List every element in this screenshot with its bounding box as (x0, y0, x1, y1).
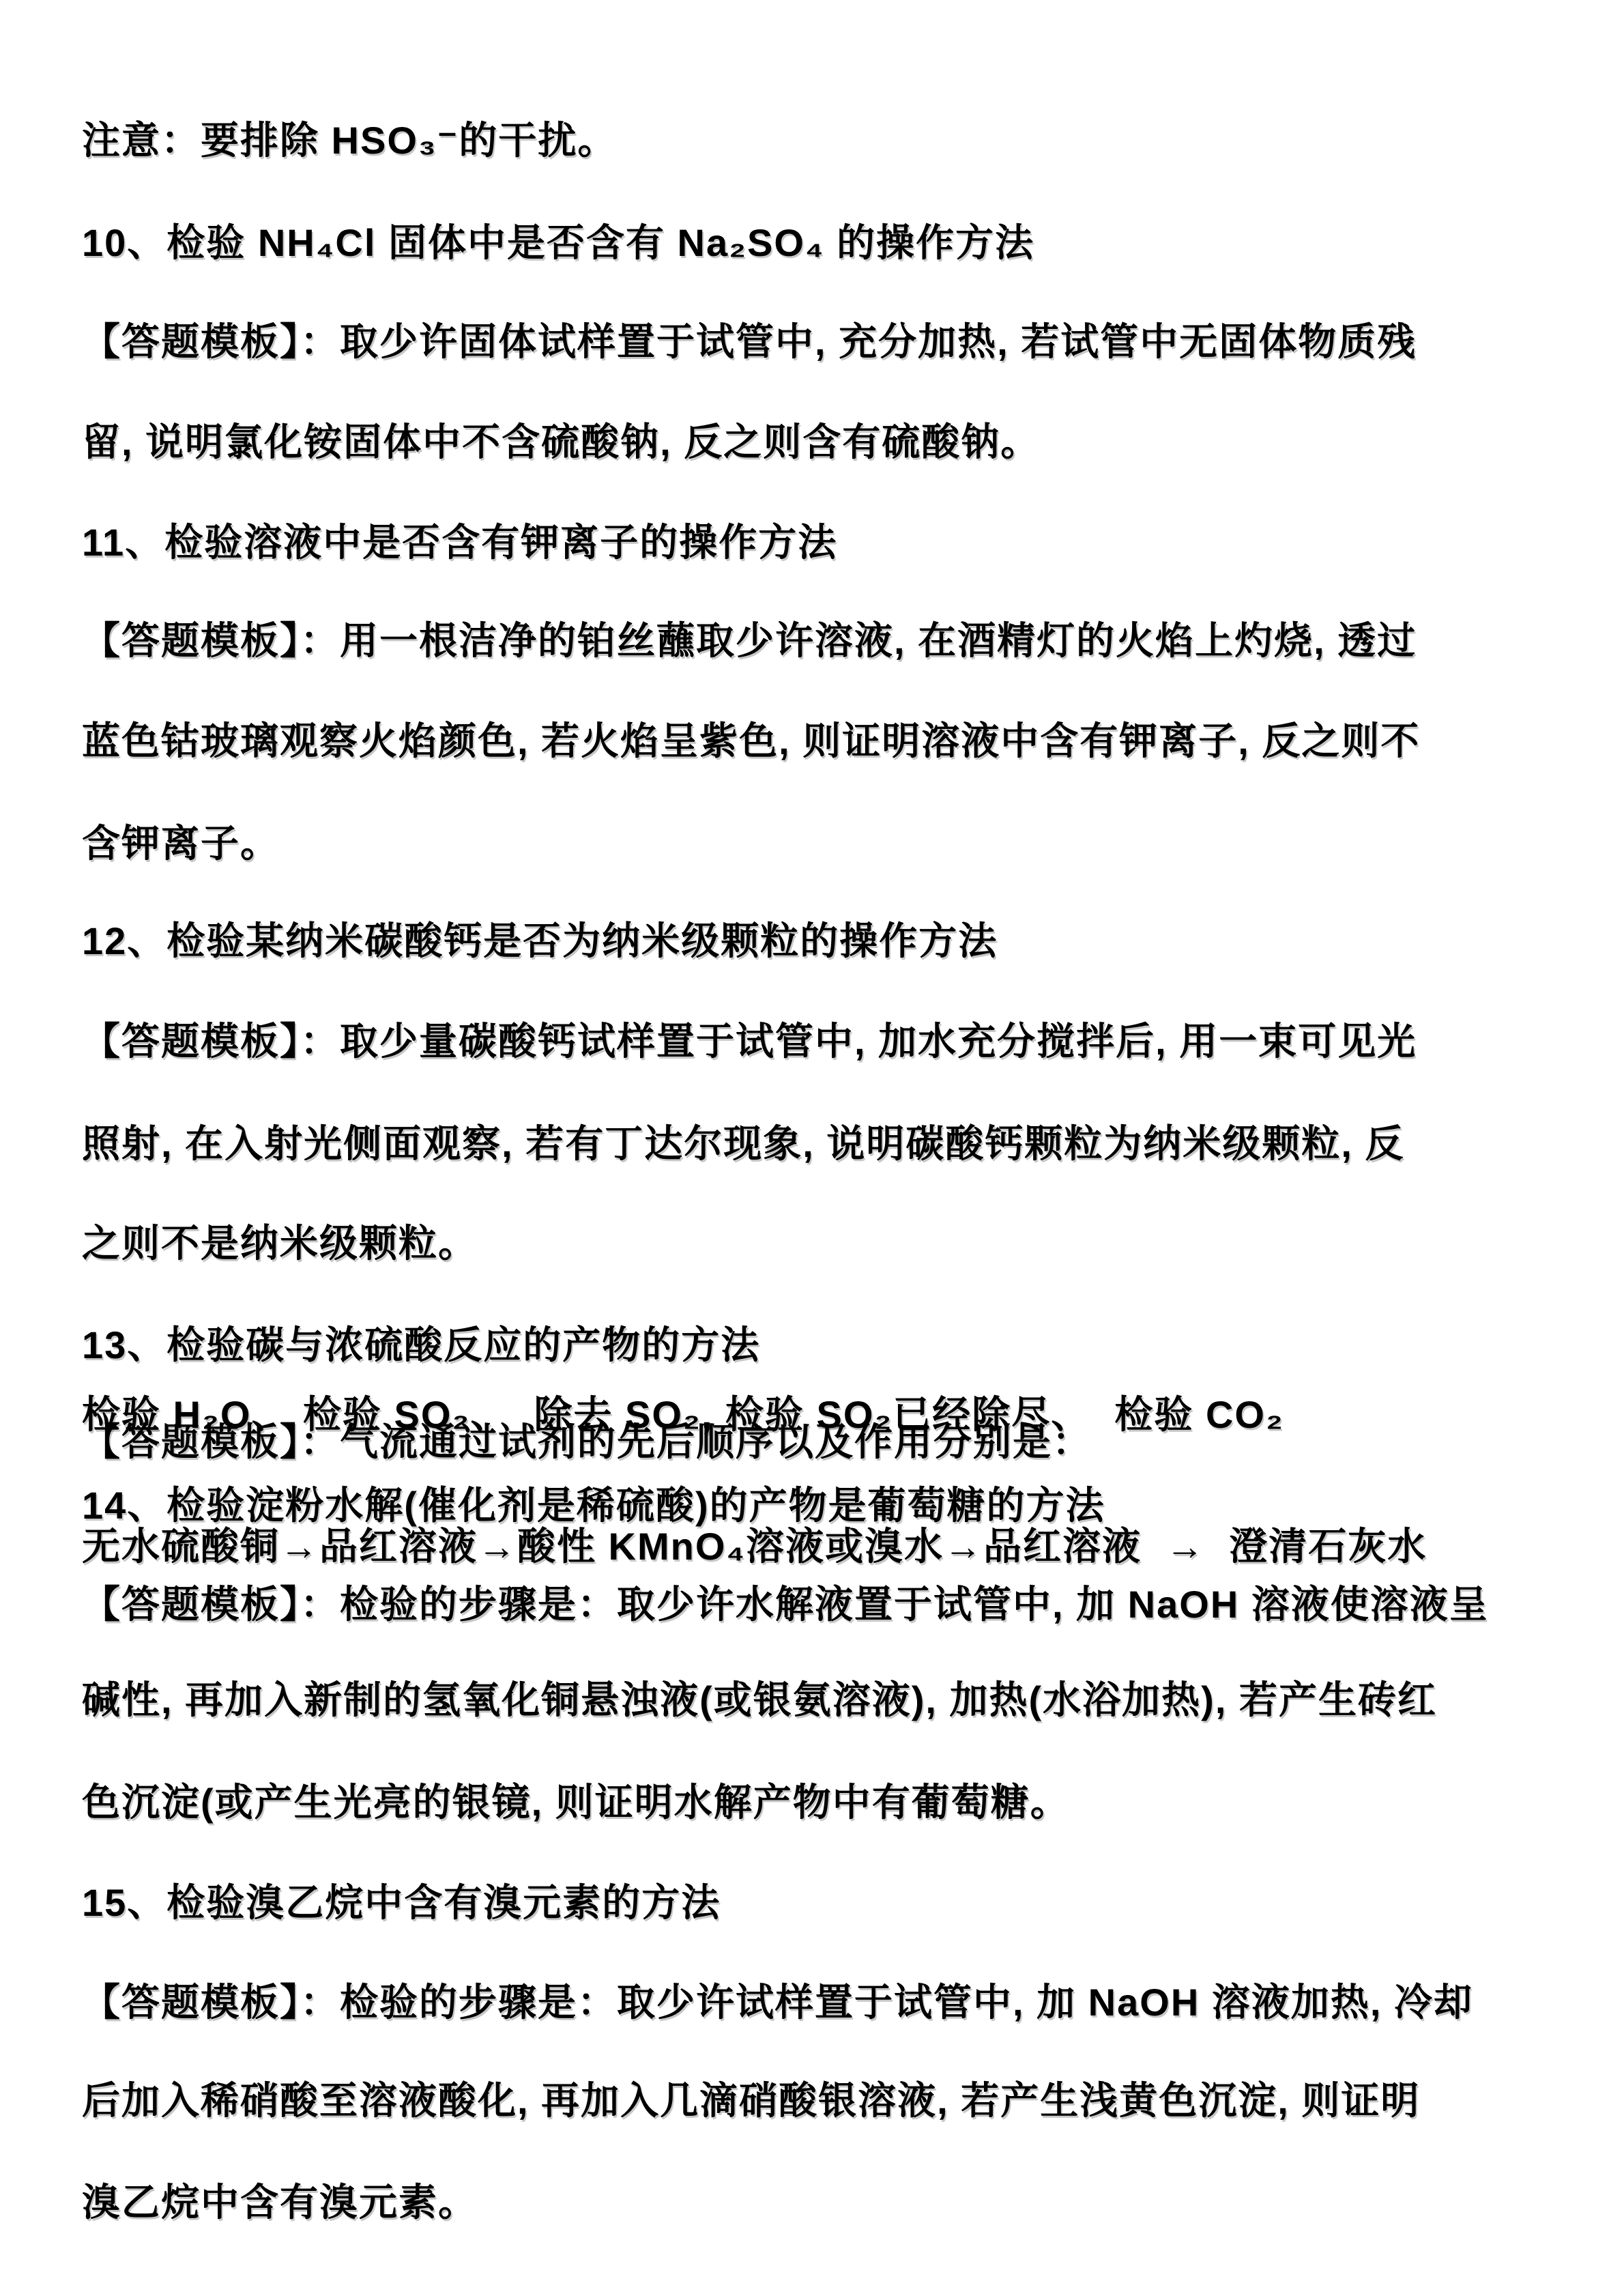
item-14-body-line-1: 【答题模板】：检验的步骤是：取少许水解液置于试管中, 加 NaOH 溶液使溶液呈 (82, 1583, 1489, 1626)
item-10-body-line-1: 【答题模板】：取少许固体试样置于试管中, 充分加热, 若试管中无固体物质残 (82, 321, 1417, 363)
note-line: 注意：要排除 HSO₃⁻的干扰。 (82, 119, 617, 162)
item-12-body-line-1: 【答题模板】：取少量碳酸钙试样置于试管中, 加水充分搅拌后, 用一束可见光 (82, 1020, 1417, 1063)
item-14-formula-line: 无水硫酸铜→品红溶液→酸性 KMnO₄溶液或溴水→品红溶液 → 澄清石灰水 (82, 1525, 1427, 1568)
item-heading-15: 15、检验溴乙烷中含有溴元素的方法 (82, 1882, 721, 1924)
item-15-body-line-2: 后加入稀硝酸至溶液酸化, 再加入几滴硝酸银溶液, 若产生浅黄色沉淀, 则证明 (82, 2080, 1420, 2122)
item-14-body-line-3: 色沉淀(或产生光亮的银镜, 则证明水解产物中有葡萄糖。 (82, 1781, 1070, 1824)
item-15-body-line-3: 溴乙烷中含有溴元素。 (82, 2181, 478, 2224)
item-heading-14: 14、检验淀粉水解(催化剂是稀硫酸)的产物是葡萄糖的方法 (82, 1484, 1105, 1527)
item-13-body-line-1: 【答题模板】：气流通过试剂的先后顺序以及作用分别是： (82, 1421, 1092, 1463)
item-heading-11: 11、检验溶液中是否含有钾离子的操作方法 (82, 521, 837, 564)
item-heading-13: 13、检验碳与浓硫酸反应的产物的方法 (82, 1324, 760, 1366)
item-heading-12: 12、检验某纳米碳酸钙是否为纳米级颗粒的操作方法 (82, 920, 998, 962)
item-12-body-line-3: 之则不是纳米级颗粒。 (82, 1222, 478, 1265)
item-14-body-line-2: 碱性, 再加入新制的氢氧化铜悬浊液(或银氨溶液), 加热(水浴加热), 若产生砖… (82, 1679, 1437, 1721)
item-15-body-line-1: 【答题模板】：检验的步骤是：取少许试样置于试管中, 加 NaOH 溶液加热, 冷… (82, 1981, 1473, 2024)
item-heading-10: 10、检验 NH₄Cl 固体中是否含有 Na₂SO₄ 的操作方法 (82, 222, 1034, 264)
item-11-body-line-1: 【答题模板】：用一根洁净的铂丝蘸取少许溶液, 在酒精灯的火焰上灼烧, 透过 (82, 620, 1417, 662)
document-page: 注意：要排除 HSO₃⁻的干扰。 10、检验 NH₄Cl 固体中是否含有 Na₂… (0, 0, 1624, 2296)
item-10-body-line-2: 留, 说明氯化铵固体中不含硫酸钠, 反之则含有硫酸钠。 (82, 421, 1040, 463)
item-12-body-line-2: 照射, 在入射光侧面观察, 若有丁达尔现象, 说明碳酸钙颗粒为纳米级颗粒, 反 (82, 1123, 1404, 1165)
item-11-body-line-3: 含钾离子。 (82, 822, 280, 865)
item-11-body-line-2: 蓝色钴玻璃观察火焰颜色, 若火焰呈紫色, 则证明溶液中含有钾离子, 反之则不 (82, 720, 1420, 762)
